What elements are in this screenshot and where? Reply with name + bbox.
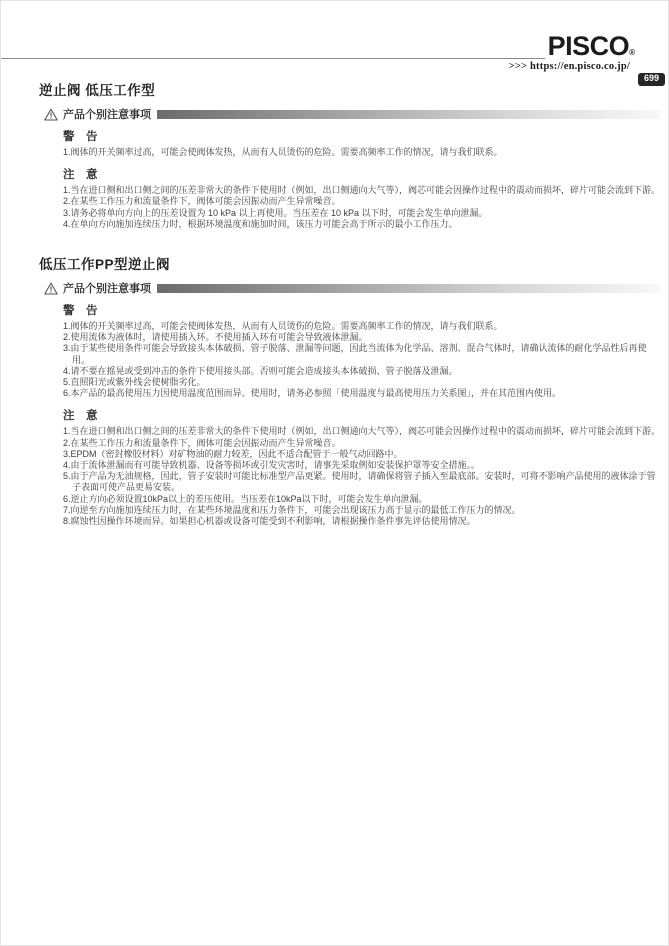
notice-bar: 产品个别注意事项 <box>44 280 660 296</box>
header-url-link[interactable]: >>> https://en.pisco.co.jp/ <box>509 61 630 72</box>
notice-bar: 产品个别注意事项 <box>44 106 660 122</box>
caution-heading: 注 意 <box>63 166 660 182</box>
list-item: 1.当在进口侧和出口侧之间的压差非常大的条件下使用时（例如，出口侧通向大气等），… <box>63 185 660 196</box>
warning-triangle-icon <box>44 282 58 295</box>
section-check-valve-low-pressure: 逆止阀 低压工作型 产品个别注意事项 警 告 1.阀体的开关频率过高，可能会使阀… <box>39 79 660 230</box>
list-item: 1.当在进口侧和出口侧之间的压差非常大的条件下使用时（例如，出口侧通向大气等），… <box>63 426 660 437</box>
list-item: 4.由于流体泄漏而有可能导致机器、设备等损坏或引发灾害时，请事先采取例如安装保护… <box>63 460 660 471</box>
notice-label: 产品个别注意事项 <box>63 280 151 296</box>
warning-items: 1.阀体的开关频率过高，可能会使阀体发热，从而有人员烫伤的危险。需要高频率工作的… <box>63 147 660 158</box>
pisco-logo: PISCO® <box>548 33 635 60</box>
header-rule <box>1 58 545 59</box>
section-title: 低压工作PP型逆止阀 <box>39 253 660 273</box>
pisco-logo-text: PISCO <box>548 31 630 61</box>
list-item: 3.由于某些使用条件可能会导致接头本体破损、管子脱落、泄漏等问题，因此当流体为化… <box>63 343 660 365</box>
catalog-page: PISCO® >>> https://en.pisco.co.jp/ 699 逆… <box>0 0 669 946</box>
notes-block: 警 告 1.阀体的开关频率过高，可能会使阀体发热，从而有人员烫伤的危险。需要高频… <box>63 302 660 527</box>
list-item: 1.阀体的开关频率过高，可能会使阀体发热，从而有人员烫伤的危险。需要高频率工作的… <box>63 147 660 158</box>
warning-heading: 警 告 <box>63 128 660 144</box>
registered-trademark-icon: ® <box>629 48 635 57</box>
page-content: 逆止阀 低压工作型 产品个别注意事项 警 告 1.阀体的开关频率过高，可能会使阀… <box>39 79 660 527</box>
caution-items: 1.当在进口侧和出口侧之间的压差非常大的条件下使用时（例如，出口侧通向大气等），… <box>63 426 660 527</box>
list-item: 2.在某些工作压力和流量条件下，阀体可能会因振动而产生异常噪音。 <box>63 196 660 207</box>
list-item: 8.腐蚀性因操作环境而异。如果担心机器或设备可能受到不利影响，请根据操作条件事先… <box>63 516 660 527</box>
section-low-pressure-pp-check-valve: 低压工作PP型逆止阀 产品个别注意事项 警 告 1.阀体的开关频率过高，可能会使… <box>39 253 660 527</box>
gradient-bar <box>157 110 660 119</box>
caution-items: 1.当在进口侧和出口侧之间的压差非常大的条件下使用时（例如，出口侧通向大气等），… <box>63 185 660 230</box>
list-item: 5.由于产品为无油规格，因此，管子安装时可能比标准型产品更紧。使用时，请确保将管… <box>63 471 660 493</box>
gradient-bar <box>157 284 660 293</box>
list-item: 2.在某些工作压力和流量条件下，阀体可能会因振动而产生异常噪音。 <box>63 438 660 449</box>
list-item: 5.直照阳光或紫外线会使树脂劣化。 <box>63 377 660 388</box>
warning-items: 1.阀体的开关频率过高，可能会使阀体发热，从而有人员烫伤的危险。需要高频率工作的… <box>63 321 660 399</box>
list-item: 6.逆止方向必须设置10kPa以上的差压使用。当压差在10kPa以下时，可能会发… <box>63 494 660 505</box>
list-item: 4.在单向方向施加连续压力时，根据环境温度和施加时间，该压力可能会高于所示的最小… <box>63 219 660 230</box>
section-title: 逆止阀 低压工作型 <box>39 79 660 99</box>
notice-label: 产品个别注意事项 <box>63 106 151 122</box>
notes-block: 警 告 1.阀体的开关频率过高，可能会使阀体发热，从而有人员烫伤的危险。需要高频… <box>63 128 660 230</box>
warning-heading: 警 告 <box>63 302 660 318</box>
list-item: 7.向逆至方向施加连续压力时，在某些环境温度和压力条件下，可能会出现该压力高于显… <box>63 505 660 516</box>
list-item: 4.请不要在摇晃或受到冲击的条件下使用接头部。否则可能会造成接头本体破损、管子脱… <box>63 366 660 377</box>
warning-triangle-icon <box>44 108 58 121</box>
list-item: 1.阀体的开关频率过高，可能会使阀体发热，从而有人员烫伤的危险。需要高频率工作的… <box>63 321 660 332</box>
list-item: 2.使用流体为液体时，请使用插入环。不使用插入环有可能会导致液体泄漏。 <box>63 332 660 343</box>
list-item: 3.请务必将单向方向上的压差设置为 10 kPa 以上再使用。当压差在 10 k… <box>63 208 660 219</box>
list-item: 6.本产品的最高使用压力因使用温度范围而异。使用时，请务必参照「使用温度与最高使… <box>63 388 660 399</box>
caution-heading: 注 意 <box>63 407 660 423</box>
list-item: 3.EPDM（密封橡胶材料）对矿物油的耐力较差，因此不适合配管于一般气动回路中。 <box>63 449 660 460</box>
